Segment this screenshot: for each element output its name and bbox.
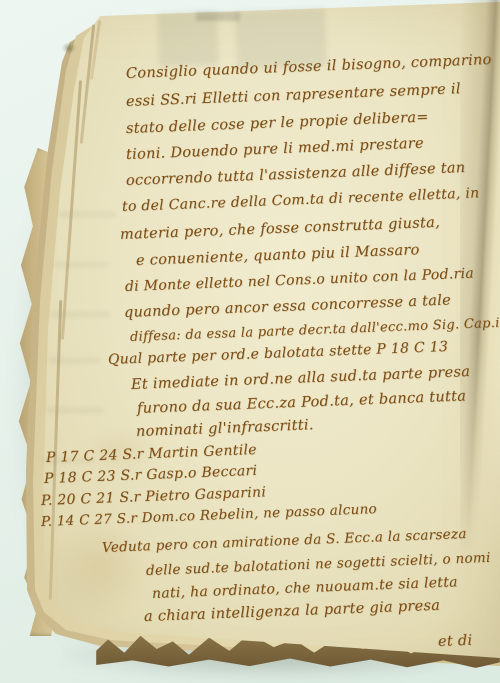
- manuscript-line: di Monte elletto nel Cons.o unito con la…: [125, 266, 475, 295]
- manuscript-line: to del Canc.re della Com.ta di recente e…: [122, 185, 480, 215]
- manuscript-line: Et imediate in ord.ne alla sud.ta parte …: [131, 364, 471, 393]
- manuscript-line: occorrendo tutta l'assistenza alle diffe…: [126, 160, 466, 189]
- vote-tally-line: P 17 C 24 S.r Martin Gentile: [46, 442, 257, 466]
- manuscript-line: furono da sua Ecc.za Pod.ta, et banca tu…: [137, 388, 467, 417]
- manuscript-line: materia pero, che fosse construtta giust…: [120, 215, 441, 243]
- catchword-line: et di: [438, 633, 473, 650]
- manuscript-line: quando pero ancor essa concorresse a tal…: [124, 292, 452, 321]
- vote-tally-line: P 18 C 23 S.r Gasp.o Beccari: [44, 463, 258, 487]
- manuscript-line: Veduta pero con amiratione da S. Ecc.a l…: [102, 526, 467, 556]
- vote-tally-line: P. 20 C 21 S.r Pietro Gasparini: [41, 484, 267, 509]
- manuscript-line: essi SS.ri Elletti con rapresentare semp…: [126, 81, 461, 110]
- manuscript-line: a chiara intelligenza la parte gia presa: [144, 598, 441, 625]
- manuscript-line: e conueniente, quanto piu il Massaro: [136, 242, 420, 269]
- manuscript-line: stato delle cose per le propie delibera=: [126, 109, 429, 137]
- manuscript-line: nominati gl'infrascritti.: [136, 417, 314, 440]
- manuscript-line: Consiglio quando ui fosse il bisogno, co…: [126, 52, 492, 82]
- manuscript-line: tioni. Douendo pure li med.mi prestare: [126, 136, 424, 163]
- manuscript-text: Consiglio quando ui fosse il bisogno, co…: [0, 0, 500, 683]
- scanned-manuscript-photo: Consiglio quando ui fosse il bisogno, co…: [0, 0, 500, 683]
